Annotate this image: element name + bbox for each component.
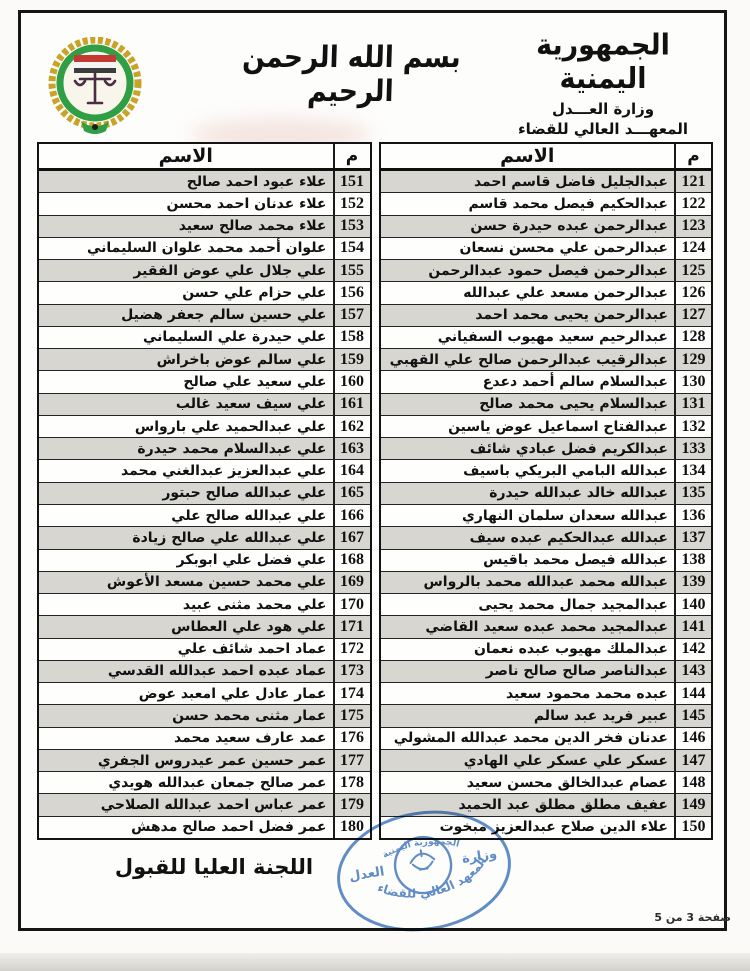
row-number: 154	[333, 238, 370, 259]
row-number: 124	[674, 238, 711, 259]
row-name: علي سعيد علي صالح	[39, 371, 333, 392]
row-number: 169	[333, 572, 370, 593]
row-name: عبدالجليل فاضل قاسم احمد	[381, 171, 675, 192]
table-row: 133 عبدالكريم فضل عبادي شائف	[381, 438, 712, 460]
row-number: 137	[674, 527, 711, 548]
row-number: 146	[674, 728, 711, 749]
table-row: 124 عبدالرحمن علي محسن نسعان	[381, 238, 712, 260]
row-name: عمار عادل علي امعبد عوض	[39, 683, 333, 704]
table-row: 139 عبدالله محمد عبدالله محمد بالرواس	[381, 572, 712, 594]
document-sheet: بسم الله الرحمن الرحيم الجمهورية اليمنية…	[18, 10, 727, 931]
row-number: 121	[674, 171, 711, 192]
row-name: عمر حسين عمر عيدروس الجفري	[39, 750, 333, 771]
table-row: 152 علاء عدنان احمد محسن	[39, 193, 370, 215]
document-header: بسم الله الرحمن الرحيم الجمهورية اليمنية…	[21, 13, 724, 141]
row-name: علاء محمد صالح سعيد	[39, 216, 333, 237]
table-row: 178 عمر صالح جمعان عبدالله هويدي	[39, 772, 370, 794]
row-name: عماد احمد شائف علي	[39, 639, 333, 660]
table-row: 174 عمار عادل علي امعبد عوض	[39, 683, 370, 705]
row-name: علوان أحمد محمد علوان السليماني	[39, 238, 333, 259]
row-number: 175	[333, 705, 370, 726]
table-row: 144 عبده محمد محمود سعيد	[381, 683, 712, 705]
table-row: 156 علي حزام علي حسن	[39, 282, 370, 304]
row-number: 166	[333, 505, 370, 526]
table-row: 167 علي عبدالله علي صالح زيادة	[39, 527, 370, 549]
row-name: علي جلال علي عوض الفقير	[39, 260, 333, 281]
table-header-row: م الاسم	[39, 144, 370, 171]
row-name: عصام عبدالخالق محسن سعيد	[381, 772, 675, 793]
table-left-151-180: م الاسم 151 علاء عبود احمد صالح 152 علاء…	[37, 142, 372, 840]
name-column-header: الاسم	[39, 144, 333, 168]
row-name: عبدالكريم فضل عبادي شائف	[381, 438, 675, 459]
row-name: علي فضل علي ابوبكر	[39, 550, 333, 571]
table-row: 163 علي عبدالسلام محمد حيدرة	[39, 438, 370, 460]
table-row: 121 عبدالجليل فاضل قاسم احمد	[381, 171, 712, 193]
row-number: 147	[674, 750, 711, 771]
row-name: عبدالرقيب عبدالرحمن صالح علي القهبي	[381, 349, 675, 370]
row-name: علي حسين سالم جعفر هضيل	[39, 305, 333, 326]
row-number: 160	[333, 371, 370, 392]
table-row: 126 عبدالرحمن مسعد علي عبدالله	[381, 282, 712, 304]
row-name: عبدالرحمن مسعد علي عبدالله	[381, 282, 675, 303]
table-row: 168 علي فضل علي ابوبكر	[39, 550, 370, 572]
row-number: 131	[674, 394, 711, 415]
row-number: 168	[333, 550, 370, 571]
row-name: عمار مثنى محمد حسن	[39, 705, 333, 726]
row-name: علي حزام علي حسن	[39, 282, 333, 303]
table-row: 146 عدنان فخر الدين محمد عبدالله المشولي	[381, 728, 712, 750]
row-number: 149	[674, 794, 711, 815]
table-row: 147 عسكر علي عسكر علي الهادي	[381, 750, 712, 772]
table-row: 138 عبدالله فيصل محمد باقيس	[381, 550, 712, 572]
name-column-header: الاسم	[381, 144, 675, 168]
row-name: عبدالرحمن فيصل حمود عبدالرحمن	[381, 260, 675, 281]
row-name: عبدالله محمد عبدالله محمد بالرواس	[381, 572, 675, 593]
row-number: 132	[674, 416, 711, 437]
row-number: 172	[333, 639, 370, 660]
row-number: 155	[333, 260, 370, 281]
table-row: 151 علاء عبود احمد صالح	[39, 171, 370, 193]
row-name: عبدالله فيصل محمد باقيس	[381, 550, 675, 571]
table-row: 159 علي سالم عوض باخراش	[39, 349, 370, 371]
row-name: علي حيدرة علي السليماني	[39, 327, 333, 348]
row-number: 156	[333, 282, 370, 303]
row-name: علي عبدالله علي صالح زيادة	[39, 527, 333, 548]
row-number: 125	[674, 260, 711, 281]
row-number: 163	[333, 438, 370, 459]
row-name: عسكر علي عسكر علي الهادي	[381, 750, 675, 771]
row-number: 176	[333, 728, 370, 749]
row-name: عمد عارف سعيد محمد	[39, 728, 333, 749]
institute-emblem-logo	[43, 37, 147, 137]
table-row: 176 عمد عارف سعيد محمد	[39, 728, 370, 750]
table-row: 128 عبدالرحيم سعيد مهيوب السفياني	[381, 327, 712, 349]
row-number: 174	[333, 683, 370, 704]
table-row: 123 عبدالرحمن عبده حيدرة حسن	[381, 216, 712, 238]
row-number: 171	[333, 616, 370, 637]
stamp-eagle-icon	[409, 848, 436, 871]
row-name: عبدالرحمن عبده حيدرة حسن	[381, 216, 675, 237]
row-number: 165	[333, 483, 370, 504]
row-name: علي عبدالله صالح حبتور	[39, 483, 333, 504]
row-number: 145	[674, 705, 711, 726]
row-name: عبدالفتاح اسماعيل عوض ياسين	[381, 416, 675, 437]
row-number: 153	[333, 216, 370, 237]
table-row: 125 عبدالرحمن فيصل حمود عبدالرحمن	[381, 260, 712, 282]
row-number: 161	[333, 394, 370, 415]
row-name: عبير فريد عبد سالم	[381, 705, 675, 726]
committee-title: اللجنة العليا للقبول	[89, 855, 339, 879]
table-row: 132 عبدالفتاح اسماعيل عوض ياسين	[381, 416, 712, 438]
table-row: 177 عمر حسين عمر عيدروس الجفري	[39, 750, 370, 772]
table-row: 130 عبدالسلام سالم أحمد دعدع	[381, 371, 712, 393]
row-name: عبدالمجيد محمد عبده سعيد القاضي	[381, 616, 675, 637]
table-row: 135 عبدالله خالد عبدالله حيدرة	[381, 483, 712, 505]
row-name: عبدالمجيد جمال محمد يحيى	[381, 594, 675, 615]
table-row: 170 علي محمد مثنى عبيد	[39, 594, 370, 616]
row-number: 158	[333, 327, 370, 348]
row-name: عبدالناصر صالح صالح ناصر	[381, 661, 675, 682]
basmala-calligraphy: بسم الله الرحمن الرحيم	[222, 41, 479, 109]
table-row: 153 علاء محمد صالح سعيد	[39, 216, 370, 238]
row-name: عبده محمد محمود سعيد	[381, 683, 675, 704]
row-number: 122	[674, 193, 711, 214]
table-row: 155 علي جلال علي عوض الفقير	[39, 260, 370, 282]
row-number: 142	[674, 639, 711, 660]
row-name: عبدالله سعدان سلمان النهاري	[381, 505, 675, 526]
row-number: 138	[674, 550, 711, 571]
row-number: 164	[333, 460, 370, 481]
row-number: 167	[333, 527, 370, 548]
table-row: 164 علي عبدالعزيز عبدالغني محمد	[39, 460, 370, 482]
table-row: 172 عماد احمد شائف علي	[39, 639, 370, 661]
row-name: عبدالله خالد عبدالله حيدرة	[381, 483, 675, 504]
page-number: صفحة 3 من 5	[654, 911, 731, 924]
row-number: 134	[674, 460, 711, 481]
table-row: 134 عبدالله البامي البريكي باسيف	[381, 460, 712, 482]
table-header-row: م الاسم	[381, 144, 712, 171]
table-row: 137 عبدالله عبدالحكيم عبده سيف	[381, 527, 712, 549]
row-name: علي سيف سعيد غالب	[39, 394, 333, 415]
stamp-word-left: العدل	[348, 864, 385, 884]
table-body: 121 عبدالجليل فاضل قاسم احمد 122 عبدالحك…	[381, 171, 712, 838]
table-right-121-150: م الاسم 121 عبدالجليل فاضل قاسم احمد 122…	[379, 142, 714, 840]
table-row: 160 علي سعيد علي صالح	[39, 371, 370, 393]
table-row: 143 عبدالناصر صالح صالح ناصر	[381, 661, 712, 683]
row-name: علاء عبود احمد صالح	[39, 171, 333, 192]
table-row: 169 علي محمد حسين مسعد الأعوش	[39, 572, 370, 594]
table-row: 129 عبدالرقيب عبدالرحمن صالح علي القهبي	[381, 349, 712, 371]
table-row: 173 عماد عبده احمد عبدالله القدسي	[39, 661, 370, 683]
row-number: 140	[674, 594, 711, 615]
row-name: علي محمد حسين مسعد الأعوش	[39, 572, 333, 593]
row-name: علي عبدالسلام محمد حيدرة	[39, 438, 333, 459]
table-row: 171 علي هود علي العطاس	[39, 616, 370, 638]
row-name: علاء عدنان احمد محسن	[39, 193, 333, 214]
row-name: عمر فضل احمد صالح مدهش	[39, 817, 333, 838]
table-row: 131 عبدالسلام يحيى محمد صالح	[381, 394, 712, 416]
row-name: علي عبدالحميد علي بارواس	[39, 416, 333, 437]
row-name: علي سالم عوض باخراش	[39, 349, 333, 370]
row-number: 143	[674, 661, 711, 682]
table-row: 145 عبير فريد عبد سالم	[381, 705, 712, 727]
row-name: علي محمد مثنى عبيد	[39, 594, 333, 615]
row-name: عبدالسلام يحيى محمد صالح	[381, 394, 675, 415]
row-name: عبدالملك مهيوب عبده نعمان	[381, 639, 675, 660]
table-row: 180 عمر فضل احمد صالح مدهش	[39, 817, 370, 838]
table-row: 165 علي عبدالله صالح حبتور	[39, 483, 370, 505]
row-number: 179	[333, 794, 370, 815]
number-column-header: م	[333, 144, 370, 168]
table-row: 142 عبدالملك مهيوب عبده نعمان	[381, 639, 712, 661]
row-number: 139	[674, 572, 711, 593]
row-name: عبدالرحمن يحيى محمد احمد	[381, 305, 675, 326]
row-name: علي عبدالله صالح علي	[39, 505, 333, 526]
row-name: عبدالله عبدالحكيم عبده سيف	[381, 527, 675, 548]
table-row: 179 عمر عباس احمد عبدالله الصلاحي	[39, 794, 370, 816]
row-number: 173	[333, 661, 370, 682]
row-name: علي عبدالعزيز عبدالغني محمد	[39, 460, 333, 481]
government-header-block: الجمهورية اليمنية وزارة العـــدل المعهــ…	[488, 31, 718, 138]
row-name: علي هود علي العطاس	[39, 616, 333, 637]
table-row: 161 علي سيف سعيد غالب	[39, 394, 370, 416]
row-number: 141	[674, 616, 711, 637]
row-number: 123	[674, 216, 711, 237]
row-name: عماد عبده احمد عبدالله القدسي	[39, 661, 333, 682]
row-number: 127	[674, 305, 711, 326]
row-name: عدنان فخر الدين محمد عبدالله المشولي	[381, 728, 675, 749]
table-row: 154 علوان أحمد محمد علوان السليماني	[39, 238, 370, 260]
republic-title: الجمهورية اليمنية	[488, 29, 718, 96]
row-name: عمر صالح جمعان عبدالله هويدي	[39, 772, 333, 793]
row-number: 144	[674, 683, 711, 704]
row-number: 177	[333, 750, 370, 771]
row-number: 178	[333, 772, 370, 793]
row-number: 157	[333, 305, 370, 326]
table-row: 122 عبدالحكيم فيصل محمد قاسم	[381, 193, 712, 215]
row-number: 151	[333, 171, 370, 192]
row-number: 128	[674, 327, 711, 348]
row-number: 133	[674, 438, 711, 459]
row-number: 135	[674, 483, 711, 504]
row-number: 148	[674, 772, 711, 793]
photo-edge-shadow	[0, 953, 750, 971]
row-name: عبدالرحمن علي محسن نسعان	[381, 238, 675, 259]
table-row: 162 علي عبدالحميد علي بارواس	[39, 416, 370, 438]
row-number: 159	[333, 349, 370, 370]
table-row: 148 عصام عبدالخالق محسن سعيد	[381, 772, 712, 794]
table-row: 136 عبدالله سعدان سلمان النهاري	[381, 505, 712, 527]
row-number: 150	[674, 817, 711, 838]
row-number: 130	[674, 371, 711, 392]
row-name: عبدالحكيم فيصل محمد قاسم	[381, 193, 675, 214]
row-name: عبدالسلام سالم أحمد دعدع	[381, 371, 675, 392]
table-body: 151 علاء عبود احمد صالح 152 علاء عدنان ا…	[39, 171, 370, 838]
table-row: 140 عبدالمجيد جمال محمد يحيى	[381, 594, 712, 616]
table-row: 127 عبدالرحمن يحيى محمد احمد	[381, 305, 712, 327]
official-stamp: الجمهورية اليمنية وزارة العدل المعهد الع…	[322, 791, 526, 950]
name-tables: م الاسم 121 عبدالجليل فاضل قاسم احمد 122…	[37, 142, 713, 840]
row-number: 152	[333, 193, 370, 214]
table-row: 166 علي عبدالله صالح علي	[39, 505, 370, 527]
ministry-title: وزارة العـــدل	[488, 100, 718, 118]
row-number: 126	[674, 282, 711, 303]
table-row: 157 علي حسين سالم جعفر هضيل	[39, 305, 370, 327]
row-name: عبدالرحيم سعيد مهيوب السفياني	[381, 327, 675, 348]
row-name: عبدالله البامي البريكي باسيف	[381, 460, 675, 481]
row-number: 162	[333, 416, 370, 437]
row-number: 170	[333, 594, 370, 615]
institute-title: المعهـــد العالي للقضاء	[488, 120, 718, 138]
row-number: 129	[674, 349, 711, 370]
table-row: 141 عبدالمجيد محمد عبده سعيد القاضي	[381, 616, 712, 638]
table-row: 175 عمار مثنى محمد حسن	[39, 705, 370, 727]
table-row: 158 علي حيدرة علي السليماني	[39, 327, 370, 349]
row-name: عمر عباس احمد عبدالله الصلاحي	[39, 794, 333, 815]
row-number: 136	[674, 505, 711, 526]
number-column-header: م	[674, 144, 711, 168]
